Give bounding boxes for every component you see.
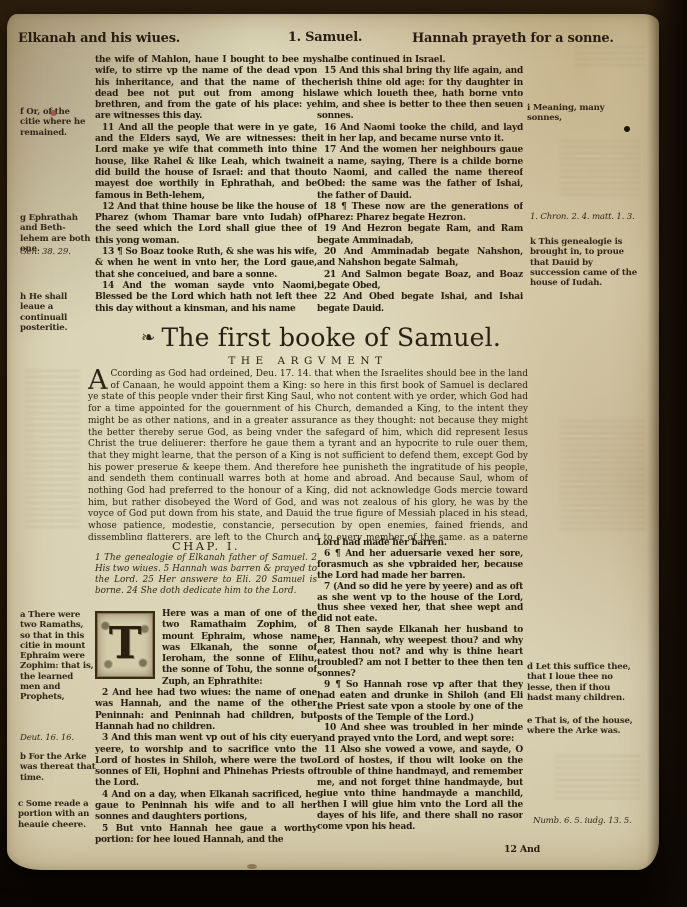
chapter-left-column: THere was a man of one of the two Ramath… bbox=[95, 609, 317, 859]
verse-10-continuation: the wife of Mahlon, haue I bought to bee… bbox=[95, 55, 317, 123]
chapter-heading: CHAP. I. bbox=[95, 539, 317, 553]
book-title: The first booke of Samuel. bbox=[161, 323, 501, 352]
verse-13: 13 ¶ So Boaz tooke Ruth, & she was his w… bbox=[95, 247, 317, 281]
margin-note-e: e That is, of the house, where the Arke … bbox=[527, 716, 633, 737]
margin-note-a: a There were two Ramaths, so that in thi… bbox=[20, 610, 96, 703]
margin-note-b: b For the Arke was thereat that time. bbox=[20, 752, 96, 783]
verse-9: 9 ¶ So Hannah rose vp after that they ha… bbox=[317, 680, 523, 724]
margin-note-c: c Some reade a portion with an heauie ch… bbox=[18, 799, 98, 830]
chapter-right-column: Lord had made her barren. 6 ¶ And her ad… bbox=[317, 538, 523, 844]
margin-ref-genesis: Gen. 38. 29. bbox=[20, 247, 94, 257]
verse-14-continuation: shalbe continued in Israel. bbox=[317, 55, 523, 66]
verse-16: 16 And Naomi tooke the child, and layd i… bbox=[317, 123, 523, 146]
ink-bleedthrough bbox=[25, 370, 80, 530]
verse-4: 4 And on a day, when Elkanah sacrificed,… bbox=[95, 790, 317, 824]
verse-3: 3 And this man went vp out of his city e… bbox=[95, 733, 317, 789]
paper-stain bbox=[247, 864, 257, 869]
ink-bleedthrough bbox=[555, 755, 640, 800]
verse-8: 8 Then sayde Elkanah her husband to her,… bbox=[317, 625, 523, 680]
chapter-summary: 1 The genealogie of Elkanah father of Sa… bbox=[95, 553, 317, 597]
verse-11: 11 And all the people that were in ye ga… bbox=[95, 123, 317, 202]
verse-10: 10 And shee was troubled in her minde an… bbox=[317, 723, 523, 745]
rust-speck bbox=[50, 110, 57, 116]
verse-15: 15 And this shal bring thy life again, a… bbox=[317, 66, 523, 122]
verse-1: THere was a man of one of the two Ramath… bbox=[95, 609, 317, 688]
catchword: 12 And bbox=[450, 844, 540, 855]
ruth-right-column: shalbe continued in Israel. 15 And this … bbox=[317, 55, 523, 323]
verse-1-text: Here was a man of one of the two Ramatha… bbox=[162, 609, 317, 687]
page-photo: Elkanah and his wiues. 1. Samuel. Hannah… bbox=[0, 0, 687, 907]
margin-note-i: i Meaning, many sonnes, bbox=[527, 103, 627, 124]
verse-19: 19 And Hezron begate Ram, and Ram begate… bbox=[317, 224, 523, 247]
verse-5-continuation: Lord had made her barren. bbox=[317, 538, 523, 549]
verse-7: 7 (And so did he yere by yeere) and as o… bbox=[317, 582, 523, 626]
margin-note-k: k This genealogie is brought in, to prou… bbox=[530, 237, 638, 288]
verse-20: 20 And Amminadab begate Nahshon, and Nah… bbox=[317, 247, 523, 270]
argument-heading: THE ARGVMENT bbox=[88, 355, 528, 367]
woodcut-initial-letter: T bbox=[109, 618, 142, 669]
margin-ref-deut: Deut. 16. 16. bbox=[20, 733, 96, 743]
verse-5: 5 But vnto Hannah hee gaue a worthy port… bbox=[95, 824, 317, 847]
verse-6: 6 ¶ And her aduersarie vexed her sore, f… bbox=[317, 549, 523, 582]
verse-12: 12 And that thine house be like the hous… bbox=[95, 202, 317, 247]
ink-speck bbox=[624, 126, 630, 132]
argument-drop-cap: A bbox=[88, 369, 111, 391]
argument-text: Ccording as God had ordeined, Deu. 17. 1… bbox=[88, 369, 528, 540]
verse-2: 2 And hee had two wiues: the name of one… bbox=[95, 688, 317, 733]
ruth-left-column: the wife of Mahlon, haue I bought to bee… bbox=[95, 55, 317, 326]
verse-18: 18 ¶ These now are the generations of Ph… bbox=[317, 202, 523, 225]
running-head-right: Hannah prayeth for a sonne. bbox=[412, 31, 614, 46]
ink-bleedthrough bbox=[560, 140, 640, 200]
book-title-row: ❧The first booke of Samuel. bbox=[56, 323, 586, 352]
photo-edge-shadow bbox=[647, 0, 687, 907]
verse-22: 22 And Obed begate Ishai, and Ishai bega… bbox=[317, 292, 523, 315]
ink-bleedthrough bbox=[560, 420, 645, 530]
verse-21: 21 And Salmon begate Boaz, and Boaz bega… bbox=[317, 270, 523, 293]
margin-ref-chronicles: 1. Chron. 2. 4. matt. 1. 3. bbox=[530, 212, 635, 222]
margin-ref-numbers: Numb. 6. 5. iudg. 13. 5. bbox=[533, 816, 633, 826]
verse-11: 11 Also she vowed a vowe, and sayde, O L… bbox=[317, 745, 523, 832]
verse-17: 17 And the women her neighbours gaue it … bbox=[317, 145, 523, 201]
woodcut-initial-block: T bbox=[95, 611, 155, 679]
margin-note-d: d Let this suffice thee, that I loue the… bbox=[527, 662, 633, 703]
verse-14: 14 And the woman sayde vnto Naomi, Bless… bbox=[95, 281, 317, 315]
ink-bleedthrough bbox=[575, 46, 645, 68]
argument-body: ACcording as God had ordeined, Deu. 17. … bbox=[88, 369, 528, 540]
fleuron-ornament-icon: ❧ bbox=[141, 328, 155, 348]
